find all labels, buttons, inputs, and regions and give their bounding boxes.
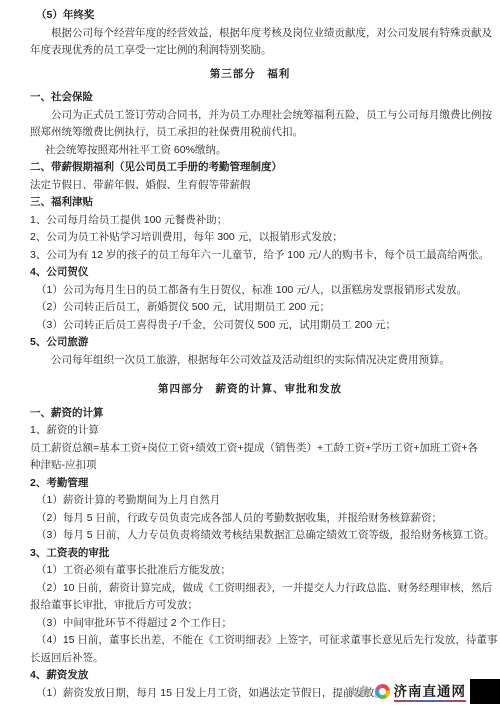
document-line: 长返回后补签。 — [30, 650, 470, 668]
document-line: 一、社会保险 — [30, 89, 470, 107]
document-line: （5）年终奖 — [30, 7, 470, 25]
document-line: （3）中间审批环节不得超过 2 个工作日； — [30, 615, 470, 633]
document-line: 3、工资表的审批 — [30, 545, 470, 563]
document-line: 员工薪资总额=基本工资+岗位工资+绩效工资+提成（销售类）+工龄工资+学历工资+… — [30, 440, 470, 458]
document-line: 法定节假日、带薪年假、婚假、生育假等带薪假 — [30, 177, 470, 195]
document-body: （5）年终奖根据公司每个经营年度的经营效益，根据年度考核及岗位业绩贡献度，对公司… — [30, 7, 470, 702]
document-line: （2）公司转正后员工，新婚贺仪 500 元，试用期员工 200 元； — [30, 299, 470, 317]
document-line: 2、考勤管理 — [30, 475, 470, 493]
document-line: 第四部分 薪资的计算、审批和发放 — [30, 381, 470, 399]
document-line: （1）工资必须有董事长批准后方能发放； — [30, 562, 470, 580]
document-line: 3、公司为有 12 岁的孩子的员工每年六一儿童节，给予 100 元/人的购书卡，… — [30, 247, 470, 265]
document-page: （5）年终奖根据公司每个经营年度的经营效益，根据年度考核及岗位业绩贡献度，对公司… — [0, 0, 500, 707]
document-line: 4、公司贺仪 — [30, 264, 470, 282]
document-line: 根据公司每个经营年度的经营效益，根据年度考核及岗位业绩贡献度，对公司发展有特殊贡… — [30, 25, 470, 43]
document-line: 5、公司旅游 — [30, 334, 470, 352]
document-line: 1、薪资的计算 — [30, 422, 470, 440]
document-line: 一、薪资的计算 — [30, 405, 470, 423]
document-line: （3）公司转正后员工喜得贵子/千金，公司贺仪 500 元，试用期员工 200 元… — [30, 317, 470, 335]
document-line: （2）10 日前，薪资计算完成，做成《工资明细表》，一并提交人力行政总监、财务经… — [30, 580, 470, 598]
watermark-source-text: 济南直通网 — [394, 680, 467, 702]
document-line: 1、公司每月给员工提供 100 元餐费补助； — [30, 212, 470, 230]
toutiao-colorful-circle-icon — [375, 684, 390, 699]
document-line: 2、公司为员工补贴学习培训费用，每年 300 元，以报销形式发放； — [30, 229, 470, 247]
document-line: （2）每月 5 日前，行政专员负责完成各部人员的考勤数据收集，并报给财务核算薪资… — [30, 510, 470, 528]
document-line: （1）薪资计算的考勤期间为上月自然月 — [30, 492, 470, 510]
document-line: 种津贴-应扣项 — [30, 457, 470, 475]
document-line: 年度表现优秀的员工享受一定比例的利润特别奖励。 — [30, 42, 470, 60]
document-line: 第三部分 福利 — [30, 66, 470, 84]
document-line: 照郑州统筹缴费比例执行，员工承担的社保费用税前代扣。 — [30, 124, 470, 142]
document-line: （3）每月 5 日前，人力专员负责将绩效考核结果数据汇总确定绩效工资等级，报给财… — [30, 527, 470, 545]
censor-block — [470, 679, 500, 704]
document-line: 公司为正式员工签订劳动合同书，并为员工办理社会统筹福利五险，员工与公司每月缴费比… — [30, 107, 470, 125]
document-line: 社会统筹按照郑州社平工资 60%缴纳。 — [30, 142, 470, 160]
watermark-prefix-label: 头条 — [346, 683, 370, 700]
document-line: 三、福利津贴 — [30, 194, 470, 212]
document-line: 公司每年组织一次员工旅游，根据每年公司效益及活动组织的实际情况决定费用预算。 — [30, 352, 470, 370]
document-line: （4）15 日前，董事长出差，不能在《工资明细表》上签字，可征求董事长意见后先行… — [30, 632, 470, 650]
document-line: 二、带薪假期福利（见公司员工手册的考勤管理制度） — [30, 159, 470, 177]
document-line: 报给董事长审批，审批后方可发放； — [30, 597, 470, 615]
document-line: （1）公司为每月生日的员工都备有生日贺仪，标准 100 元/人，以蛋糕房发票报销… — [30, 282, 470, 300]
watermark: 头条 济南直通网 — [346, 678, 500, 704]
